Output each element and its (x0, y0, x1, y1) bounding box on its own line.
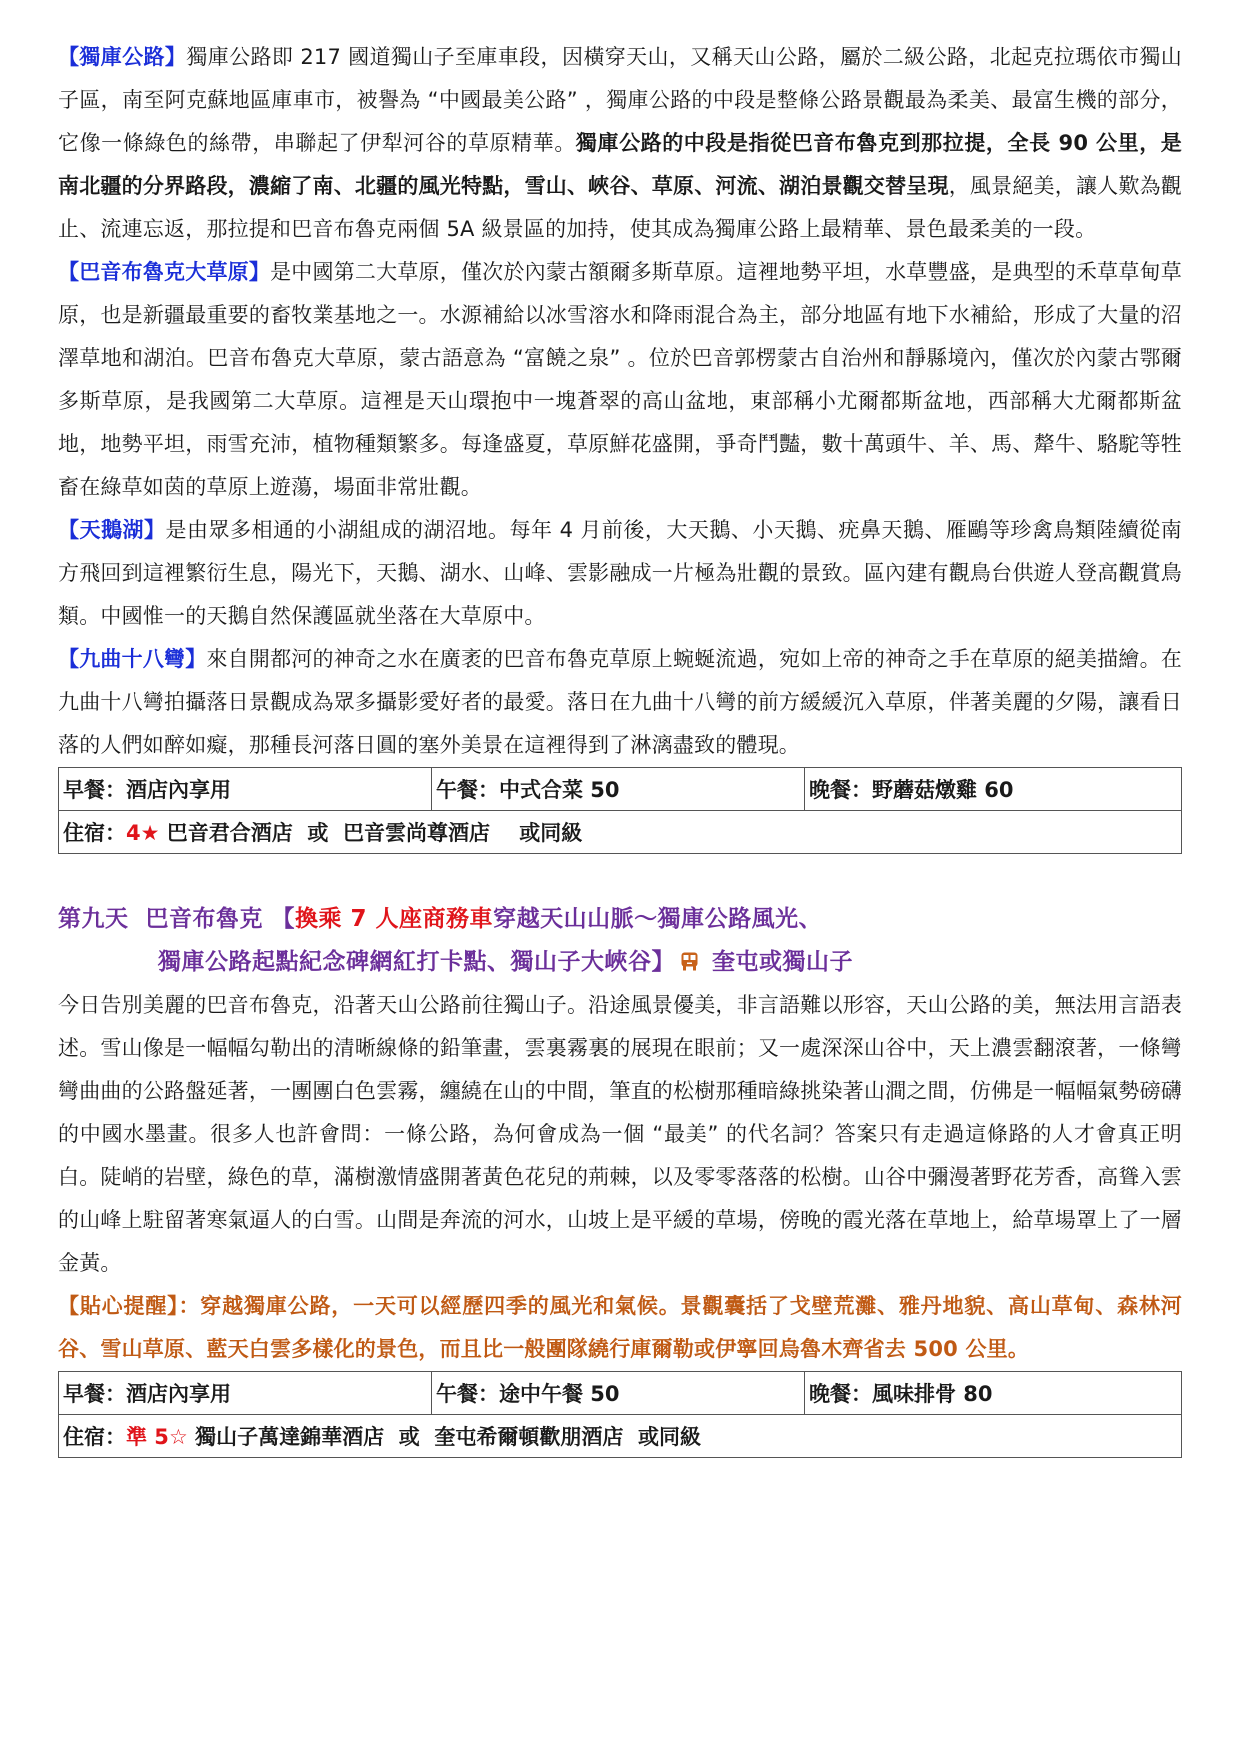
hotel-label: 住宿： (63, 1425, 126, 1449)
day9-description: 今日告別美麗的巴音布魯克，沿著天山公路前往獨山子。沿途風景優美，非言語難以形容，… (58, 984, 1182, 1285)
swan-lake-text: 是由眾多相通的小湖組成的湖沼地。每年 4 月前後，大天鵝、小天鵝、疣鼻天鵝、雁鷗… (58, 518, 1182, 628)
day9-title-highlight: 換乘 7 人座商務車 (295, 906, 493, 932)
hotel-row: 住宿：4★ 巴音君合酒店 或 巴音雲尚尊酒店 或同級 (59, 811, 1182, 854)
hotel-star-rating: 準 5 (126, 1425, 169, 1449)
bayinbuluke-text: 是中國第二大草原，僅次於內蒙古額爾多斯草原。這裡地勢平坦，水草豐盛，是典型的禾草… (58, 260, 1182, 499)
meal-row: 早餐：酒店內享用 午餐：中式合菜 50 晚餐：野蘑菇燉雞 60 (59, 768, 1182, 811)
lunch-cell: 午餐：中式合菜 50 (432, 768, 805, 811)
spacer (58, 854, 1182, 898)
section-title-jiuqu: 【九曲十八彎】 (58, 647, 206, 671)
day9-title-prefix: 第九天 巴音布魯克 【 (58, 906, 295, 932)
day9-title-rest: 穿越天山山脈～獨庫公路風光、 (493, 906, 822, 932)
day9-title-line2-text: 獨庫公路起點紀念碑網紅打卡點、獨山子大峽谷】 (158, 949, 675, 975)
dinner-cell: 晚餐：風味排骨 80 (805, 1372, 1182, 1415)
section-title-bayinbuluke: 【巴音布魯克大草原】 (58, 260, 270, 284)
day8-meals-table: 早餐：酒店內享用 午餐：中式合菜 50 晚餐：野蘑菇燉雞 60 住宿：4★ 巴音… (58, 767, 1182, 854)
hotel-cell: 住宿：準 5☆ 獨山子萬達錦華酒店 或 奎屯希爾頓歡朋酒店 或同級 (59, 1415, 1182, 1458)
hotel-label: 住宿： (63, 821, 126, 845)
travel-tip: 【貼心提醒】：穿越獨庫公路，一天可以經歷四季的風光和氣候。景觀囊括了戈壁荒灘、雅… (58, 1285, 1182, 1371)
breakfast-cell: 早餐：酒店內享用 (59, 1372, 432, 1415)
lunch-cell: 午餐：途中午餐 50 (432, 1372, 805, 1415)
paragraph-duku-highway: 【獨庫公路】獨庫公路即 217 國道獨山子至庫車段，因橫穿天山，又稱天山公路，屬… (58, 36, 1182, 251)
jiuqu-text: 來自開都河的神奇之水在廣袤的巴音布魯克草原上蜿蜒流過，宛如上帝的神奇之手在草原的… (58, 647, 1182, 757)
day9-title-line1: 第九天 巴音布魯克 【換乘 7 人座商務車穿越天山山脈～獨庫公路風光、 (58, 898, 1182, 941)
day9-meals-table: 早餐：酒店內享用 午餐：途中午餐 50 晚餐：風味排骨 80 住宿：準 5☆ 獨… (58, 1371, 1182, 1458)
paragraph-bayinbuluke: 【巴音布魯克大草原】是中國第二大草原，僅次於內蒙古額爾多斯草原。這裡地勢平坦，水… (58, 251, 1182, 509)
hotel-options: 巴音君合酒店 或 巴音雲尚尊酒店 或同級 (159, 821, 582, 845)
paragraph-jiuqu: 【九曲十八彎】來自開都河的神奇之水在廣袤的巴音布魯克草原上蜿蜒流過，宛如上帝的神… (58, 638, 1182, 767)
day9-destination: 奎屯或獨山子 (712, 949, 853, 975)
hotel-row: 住宿：準 5☆ 獨山子萬達錦華酒店 或 奎屯希爾頓歡朋酒店 或同級 (59, 1415, 1182, 1458)
breakfast-cell: 早餐：酒店內享用 (59, 768, 432, 811)
section-title-duku: 【獨庫公路】 (58, 45, 186, 69)
bus-icon (681, 952, 698, 971)
paragraph-swan-lake: 【天鵝湖】是由眾多相通的小湖組成的湖沼地。每年 4 月前後，大天鵝、小天鵝、疣鼻… (58, 509, 1182, 638)
section-title-swan-lake: 【天鵝湖】 (58, 518, 166, 542)
itinerary-page: 【獨庫公路】獨庫公路即 217 國道獨山子至庫車段，因橫穿天山，又稱天山公路，屬… (58, 36, 1182, 1458)
star-outline-icon: ☆ (169, 1425, 188, 1449)
meal-row: 早餐：酒店內享用 午餐：途中午餐 50 晚餐：風味排骨 80 (59, 1372, 1182, 1415)
hotel-star-rating: 4★ (126, 821, 159, 845)
hotel-options: 獨山子萬達錦華酒店 或 奎屯希爾頓歡朋酒店 或同級 (188, 1425, 701, 1449)
hotel-cell: 住宿：4★ 巴音君合酒店 或 巴音雲尚尊酒店 或同級 (59, 811, 1182, 854)
dinner-cell: 晚餐：野蘑菇燉雞 60 (805, 768, 1182, 811)
day9-title-line2: 獨庫公路起點紀念碑網紅打卡點、獨山子大峽谷】奎屯或獨山子 (58, 941, 1182, 984)
